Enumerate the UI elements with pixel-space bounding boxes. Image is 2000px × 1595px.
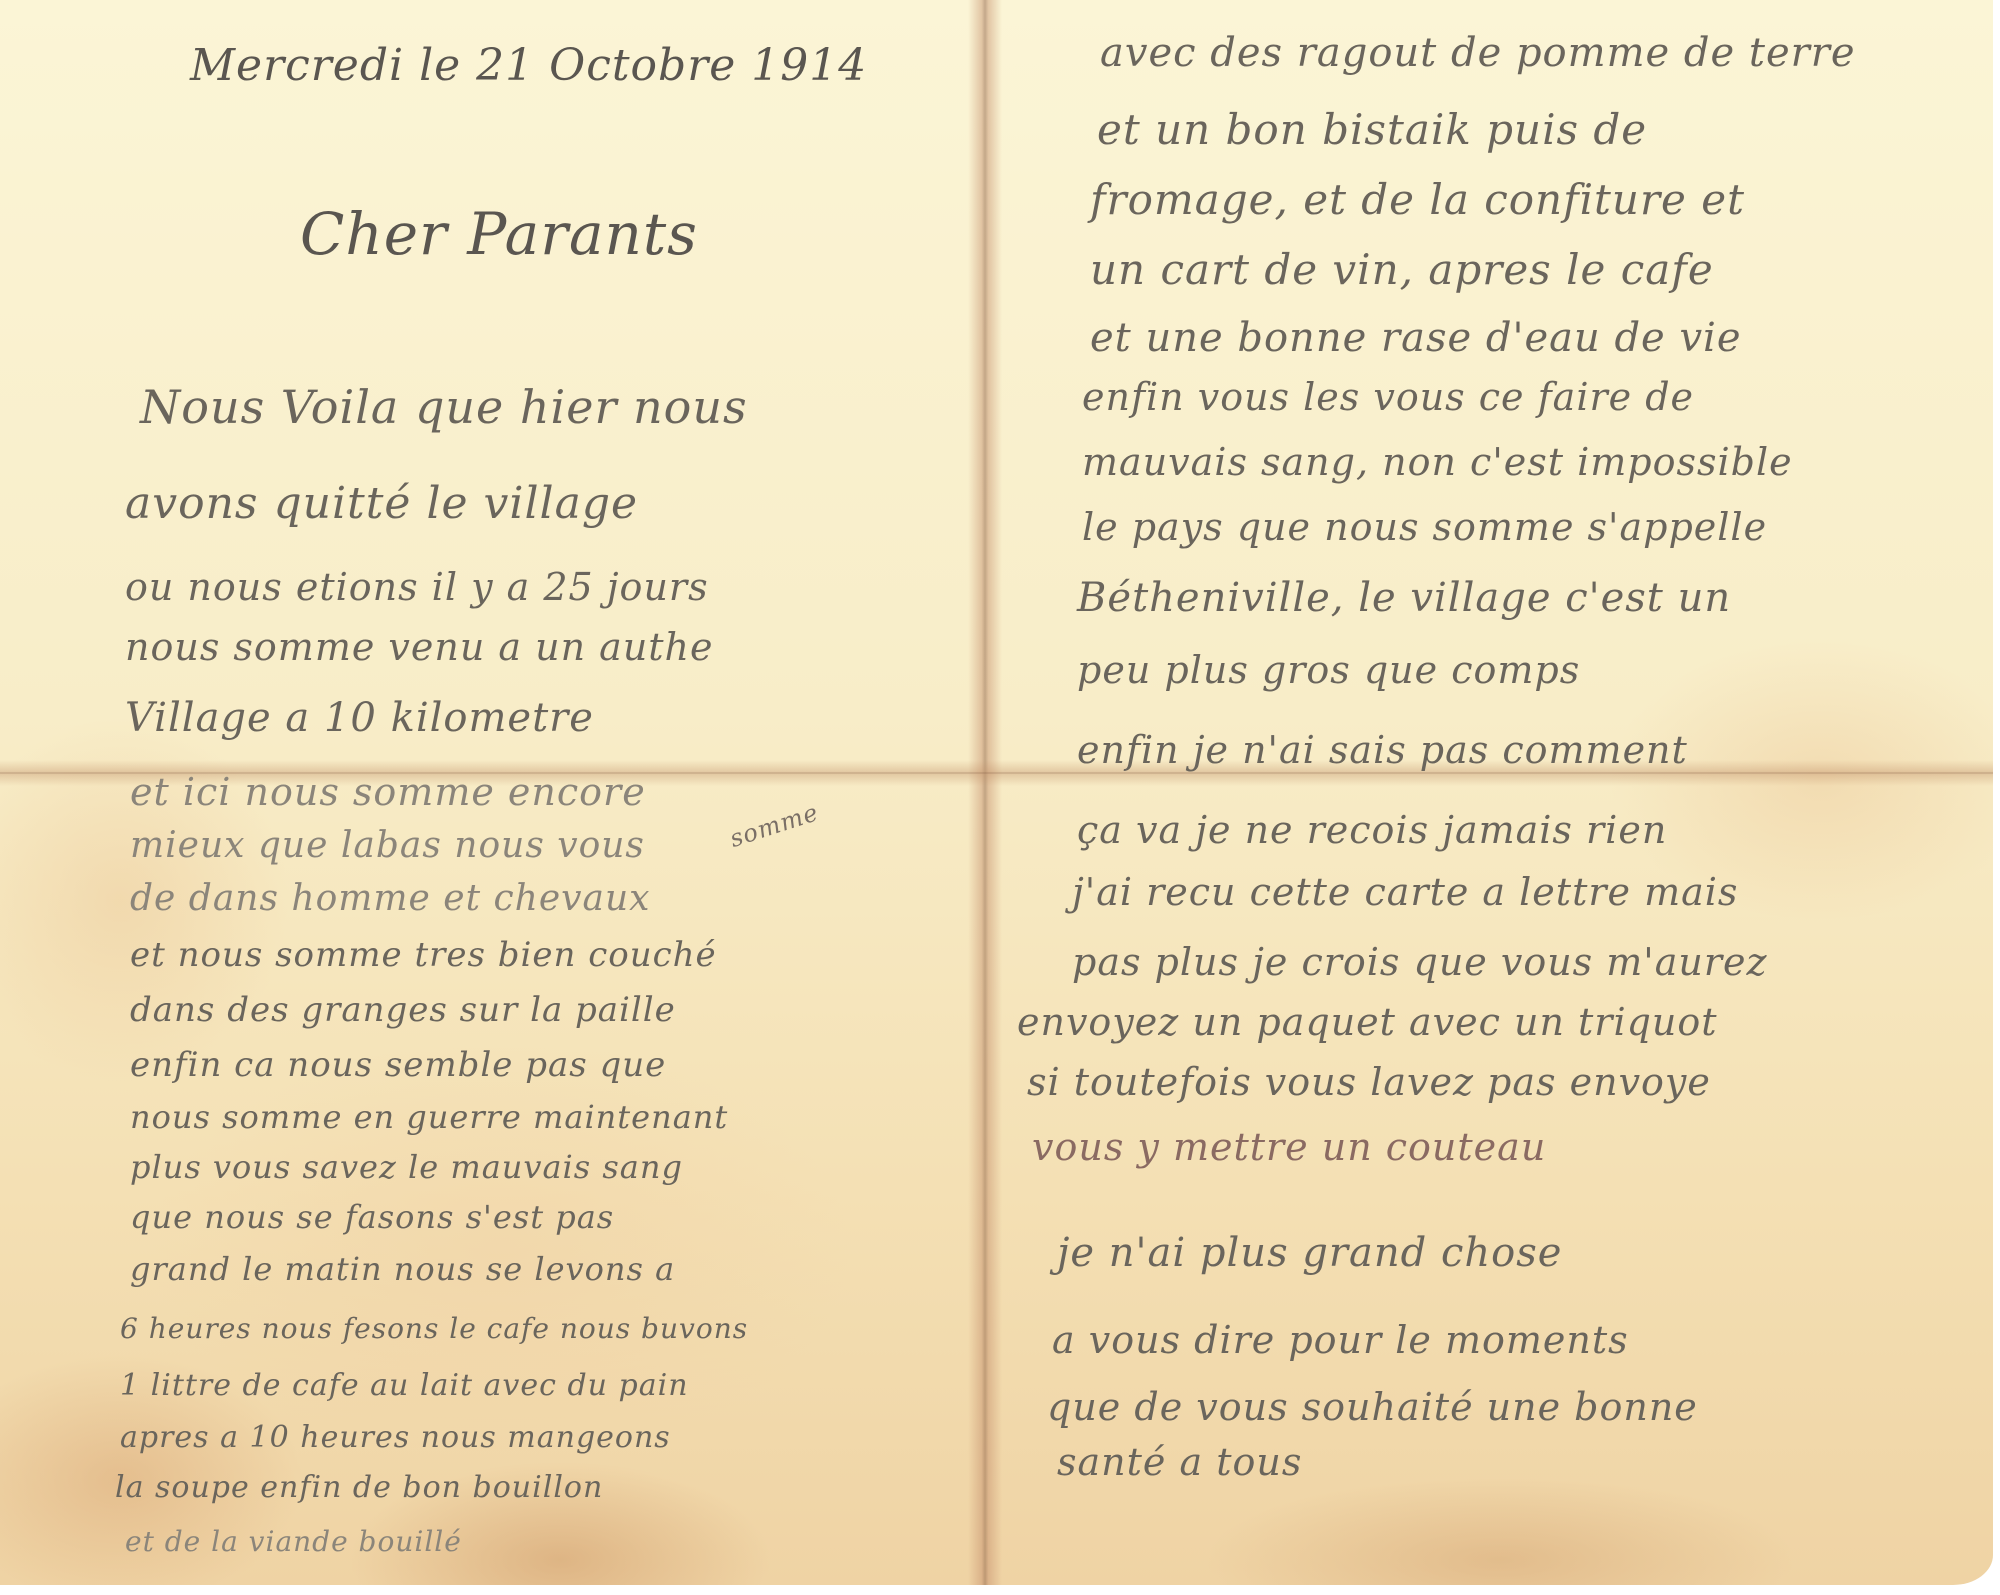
- letter-line: la soupe enfin de bon bouillon: [115, 1470, 603, 1505]
- date-line: Mercredi le 21 Octobre 1914: [190, 40, 867, 91]
- insertion-word: somme: [726, 798, 822, 853]
- letter-line: et nous somme tres bien couché: [130, 935, 717, 975]
- letter-line: vous y mettre un couteau: [1032, 1125, 1546, 1169]
- letter-line: mauvais sang, non c'est impossible: [1082, 440, 1793, 484]
- letter-line: envoyez un paquet avec un triquot: [1017, 1000, 1718, 1044]
- right-page: avec des ragout de pomme de terre et un …: [1002, 0, 1992, 1585]
- letter-line: Village a 10 kilometre: [125, 695, 594, 741]
- letter-line: 6 heures nous fesons le cafe nous buvons: [120, 1312, 748, 1345]
- letter-line: que nous se fasons s'est pas: [130, 1198, 614, 1236]
- letter-line: a vous dire pour le moments: [1052, 1318, 1629, 1362]
- letter-line: je n'ai plus grand chose: [1057, 1230, 1562, 1276]
- letter-line: nous somme en guerre maintenant: [130, 1098, 728, 1136]
- letter-line: le pays que nous somme s'appelle: [1082, 505, 1767, 549]
- letter-line: de dans homme et chevaux: [130, 878, 650, 919]
- letter-line: plus vous savez le mauvais sang: [130, 1148, 683, 1186]
- letter-line: que de vous souhaité une bonne: [1047, 1385, 1698, 1429]
- letter-line: Bétheniville, le village c'est un: [1077, 575, 1731, 621]
- letter-line: enfin vous les vous ce faire de: [1082, 375, 1694, 419]
- left-page: Mercredi le 21 Octobre 1914 Cher Parants…: [0, 0, 968, 1585]
- letter-line: grand le matin nous se levons a: [130, 1250, 675, 1288]
- letter-line: avec des ragout de pomme de terre: [1100, 30, 1856, 76]
- letter-line: nous somme venu a un authe: [125, 625, 714, 669]
- letter-line: fromage, et de la confiture et: [1090, 175, 1745, 224]
- letter-line: et ici nous somme encore: [130, 770, 646, 814]
- center-fold: [968, 0, 1002, 1585]
- letter-line: avons quitté le village: [125, 478, 638, 529]
- letter-line: dans des granges sur la paille: [130, 990, 676, 1030]
- letter-paper: Mercredi le 21 Octobre 1914 Cher Parants…: [0, 0, 1993, 1585]
- letter-line: si toutefois vous lavez pas envoye: [1027, 1060, 1711, 1104]
- letter-line: ou nous etions il y a 25 jours: [125, 565, 709, 609]
- letter-line: et une bonne rase d'eau de vie: [1090, 315, 1742, 361]
- letter-line: santé a tous: [1057, 1440, 1302, 1484]
- letter-line: peu plus gros que comps: [1077, 648, 1580, 692]
- letter-line: enfin je n'ai sais pas comment: [1077, 728, 1688, 772]
- letter-line: j'ai recu cette carte a lettre mais: [1072, 870, 1738, 914]
- letter-line: 1 littre de cafe au lait avec du pain: [120, 1368, 689, 1403]
- letter-line: et de la viande bouillé: [125, 1525, 462, 1558]
- letter-line: un cart de vin, apres le cafe: [1090, 245, 1714, 294]
- letter-line: mieux que labas nous vous: [130, 825, 645, 866]
- letter-line: Nous Voila que hier nous: [140, 380, 748, 434]
- letter-line: apres a 10 heures nous mangeons: [120, 1420, 671, 1455]
- letter-line: enfin ca nous semble pas que: [130, 1045, 666, 1085]
- letter-line: et un bon bistaik puis de: [1097, 105, 1647, 154]
- salutation: Cher Parants: [300, 200, 698, 268]
- letter-line: ça va je ne recois jamais rien: [1077, 808, 1667, 852]
- letter-line: pas plus je crois que vous m'aurez: [1072, 940, 1768, 984]
